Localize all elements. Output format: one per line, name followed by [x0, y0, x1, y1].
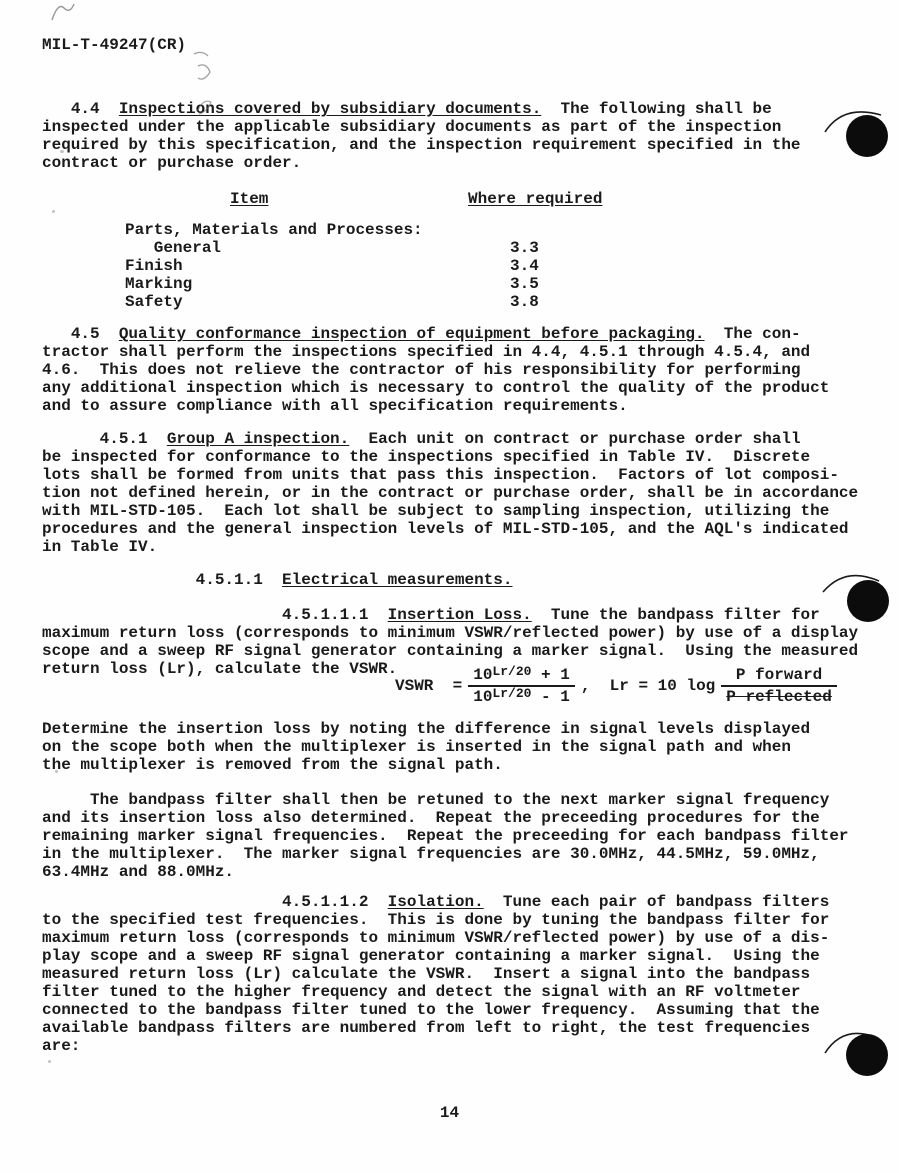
table-row: General 3.3 — [42, 239, 862, 257]
scan-speck — [55, 770, 58, 773]
table-row: Finish 3.4 — [42, 257, 862, 275]
hole-punch-mark — [819, 1021, 895, 1093]
where-cell: 3.3 — [510, 239, 539, 257]
section-body: Each unit on contract or purchase order … — [42, 430, 858, 556]
fraction-denominator: P reflected — [721, 687, 837, 706]
section-title: Isolation. — [388, 893, 484, 911]
hole-punch-mark — [821, 566, 897, 638]
section-4-5-1: 4.5.1 Group A inspection. Each unit on c… — [42, 430, 892, 556]
section-number: 4.5.1 — [42, 430, 167, 448]
table-row: Marking 3.5 — [42, 275, 862, 293]
numerator-tail: + 1 — [531, 666, 569, 684]
paragraph-body: The bandpass filter shall then be retune… — [42, 791, 849, 881]
scan-speck — [70, 470, 74, 473]
fraction-numerator: 10Lr/20 + 1 — [468, 666, 575, 687]
scan-speck — [48, 1060, 51, 1063]
where-cell: 3.4 — [510, 257, 539, 275]
vswr-formula: VSWR = 10Lr/20 + 1 10Lr/20 - 1 , Lr = 10… — [395, 666, 843, 706]
paragraph-retune-bandpass-filter: The bandpass filter shall then be retune… — [42, 791, 892, 881]
fraction-denominator: 10Lr/20 - 1 — [468, 687, 575, 706]
table-header-row: Item Where required — [42, 190, 862, 208]
numerator-base: 10 — [473, 666, 492, 684]
doc-id: MIL-T-49247(CR) — [42, 36, 186, 54]
section-number: 4.4 — [42, 100, 119, 118]
inspection-table: Item Where required Parts, Materials and… — [42, 190, 862, 311]
section-4-5-1-1-2: 4.5.1.1.2 Isolation. Tune each pair of b… — [42, 893, 892, 1055]
scan-speck — [52, 210, 55, 213]
fraction-numerator: P forward — [721, 666, 837, 687]
formula-mid: , Lr = 10 log — [581, 677, 715, 695]
section-4-5-1-1: 4.5.1.1 Electrical measurements. — [42, 571, 892, 589]
formula-lhs: VSWR = — [395, 677, 462, 695]
section-title: Electrical measurements. — [282, 571, 512, 589]
section-title: Quality conformance inspection of equipm… — [119, 325, 705, 343]
numerator-exponent: Lr/20 — [492, 664, 531, 679]
column-header-item: Item — [230, 190, 268, 208]
section-number: 4.5.1.1.1 — [42, 606, 388, 624]
scan-artifact — [193, 88, 217, 118]
scan-artifact — [190, 48, 216, 88]
section-number: 4.5 — [42, 325, 119, 343]
scan-artifact — [48, 0, 78, 22]
item-cell: General — [125, 239, 221, 257]
section-number: 4.5.1.1 — [42, 571, 282, 589]
section-body: Tune each pair of bandpass filters to th… — [42, 893, 829, 1055]
page-number: 14 — [0, 1104, 899, 1122]
denominator-tail: - 1 — [531, 688, 569, 706]
paragraph-determine-insertion-loss: Determine the insertion loss by noting t… — [42, 720, 892, 774]
section-title: Group A inspection. — [167, 430, 349, 448]
column-header-where-required: Where required — [468, 190, 602, 208]
denominator-base: 10 — [473, 688, 492, 706]
lr-fraction: P forward P reflected — [721, 666, 837, 706]
paragraph-body: Determine the insertion loss by noting t… — [42, 720, 810, 774]
scan-speck — [60, 150, 64, 153]
denominator-exponent: Lr/20 — [492, 686, 531, 701]
section-title: Inspections covered by subsidiary docume… — [119, 100, 541, 118]
section-title: Insertion Loss. — [388, 606, 532, 624]
item-cell: Finish — [125, 257, 183, 275]
section-4-4: 4.4 Inspections covered by subsidiary do… — [42, 100, 892, 172]
table-row: Safety 3.8 — [42, 293, 862, 311]
vswr-fraction: 10Lr/20 + 1 10Lr/20 - 1 — [468, 666, 575, 706]
scan-speck — [65, 1005, 69, 1009]
item-cell: Parts, Materials and Processes: — [125, 221, 423, 239]
section-4-5: 4.5 Quality conformance inspection of eq… — [42, 325, 892, 415]
item-cell: Safety — [125, 293, 183, 311]
where-cell: 3.5 — [510, 275, 539, 293]
document-page: MIL-T-49247(CR) 4.4 Inspections covered … — [0, 0, 899, 1173]
item-cell: Marking — [125, 275, 192, 293]
section-number: 4.5.1.1.2 — [42, 893, 388, 911]
hole-punch-mark — [821, 102, 897, 174]
where-cell: 3.8 — [510, 293, 539, 311]
table-row: Parts, Materials and Processes: — [42, 221, 862, 239]
